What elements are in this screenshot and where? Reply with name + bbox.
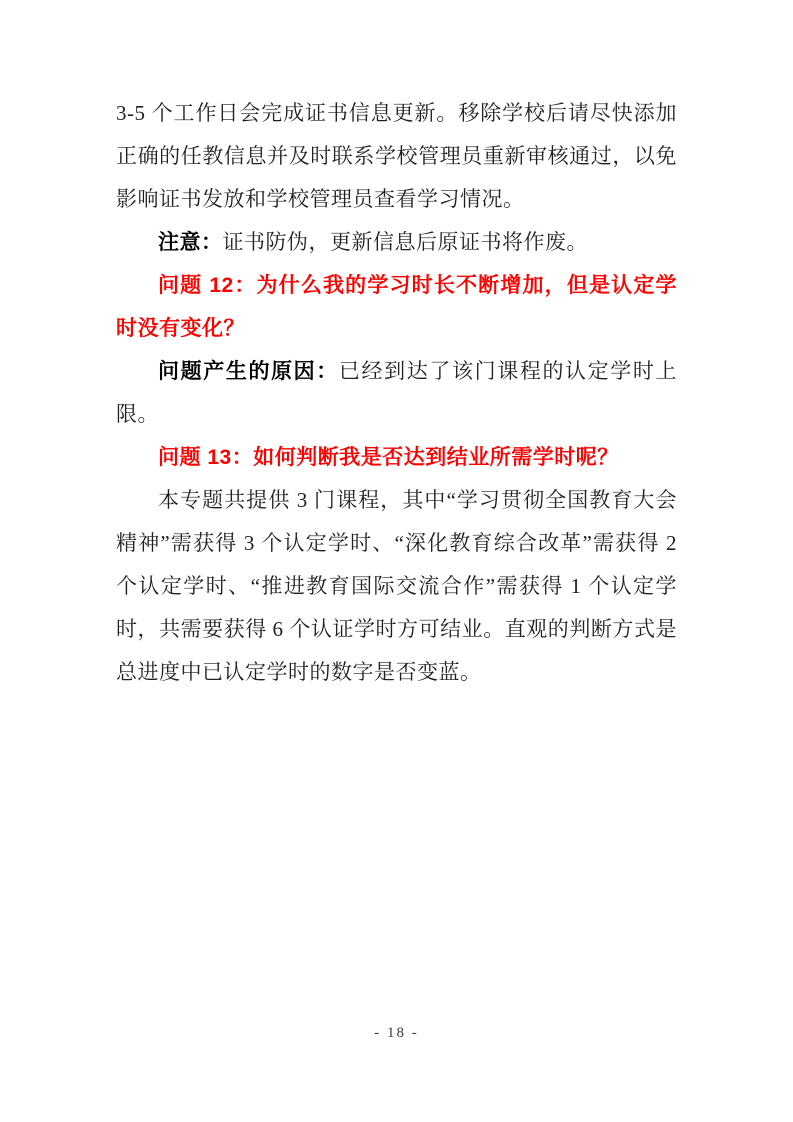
paragraph-reason: 问题产生的原因：已经到达了该门课程的认定学时上限。 <box>116 350 677 436</box>
page-content: 3-5 个工作日会完成证书信息更新。移除学校后请尽快添加正确的任教信息并及时联系… <box>116 92 677 694</box>
reason-label: 问题产生的原因： <box>158 360 339 383</box>
paragraph-text: 3-5 个工作日会完成证书信息更新。移除学校后请尽快添加正确的任教信息并及时联系… <box>116 101 677 211</box>
paragraph-text: 本专题共提供 3 门课程，其中“学习贯彻全国教育大会精神”需获得 3 个认定学时… <box>116 488 677 684</box>
paragraph-certificate-update: 3-5 个工作日会完成证书信息更新。移除学校后请尽快添加正确的任教信息并及时联系… <box>116 92 677 221</box>
question-12-heading: 问题 12：为什么我的学习时长不断增加，但是认定学时没有变化？ <box>116 264 677 350</box>
page-number: - 18 - <box>0 1022 793 1044</box>
question-13-heading: 问题 13：如何判断我是否达到结业所需学时呢？ <box>116 436 677 479</box>
question-12-text: 问题 12：为什么我的学习时长不断增加，但是认定学时没有变化？ <box>116 274 677 340</box>
document-page: 3-5 个工作日会完成证书信息更新。移除学校后请尽快添加正确的任教信息并及时联系… <box>0 0 793 1122</box>
note-text: 证书防伪，更新信息后原证书将作废。 <box>223 230 589 254</box>
note-label: 注意： <box>158 231 223 254</box>
question-13-text: 问题 13：如何判断我是否达到结业所需学时呢？ <box>158 446 619 469</box>
paragraph-course-requirements: 本专题共提供 3 门课程，其中“学习贯彻全国教育大会精神”需获得 3 个认定学时… <box>116 479 677 694</box>
paragraph-note: 注意：证书防伪，更新信息后原证书将作废。 <box>116 221 677 264</box>
